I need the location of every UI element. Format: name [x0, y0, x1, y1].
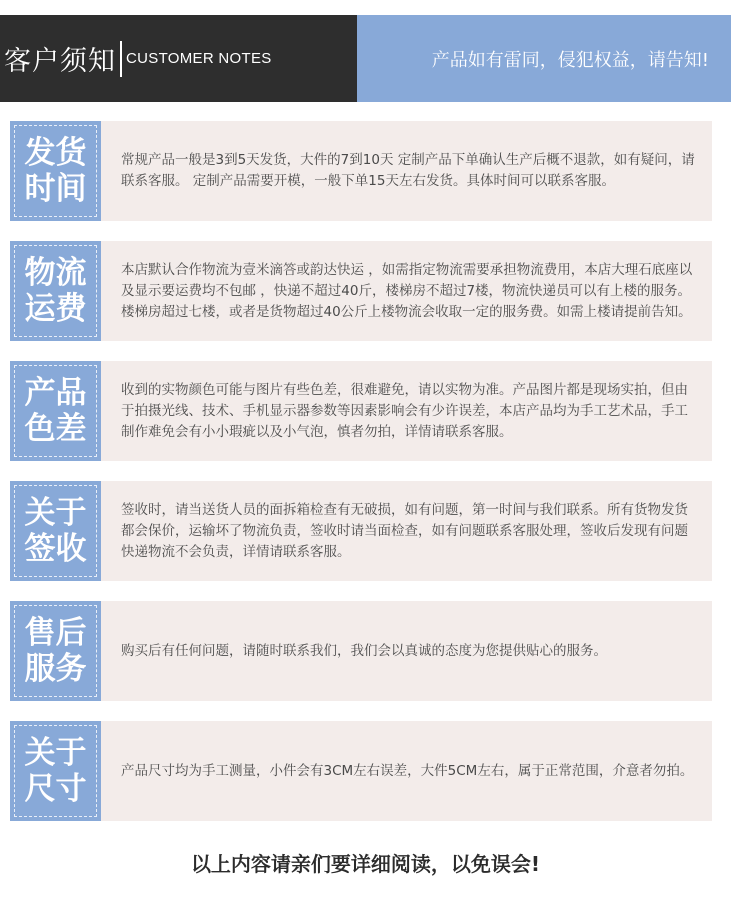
- header-title-block: 客户须知 CUSTOMER NOTES: [0, 15, 357, 102]
- header-notice-block: 产品如有雷同，侵犯权益，请告知!: [357, 15, 731, 102]
- section-color-difference: 产品色差 收到的实物颜色可能与图片有些色差，很难避免，请以实物为准。产品图片都是…: [10, 361, 712, 461]
- section-label-box: 关于尺寸: [10, 721, 101, 821]
- section-logistics-fee: 物流运费 本店默认合作物流为壹米滴答或韵达快运 ，如需指定物流需要承担物流费用，…: [10, 241, 712, 341]
- section-label: 物流运费: [24, 255, 88, 327]
- section-text: 产品尺寸均为手工测量，小件会有3CM左右误差，大件5CM左右，属于正常范围，介意…: [121, 761, 693, 782]
- section-label-box: 物流运费: [10, 241, 101, 341]
- page-header: 客户须知 CUSTOMER NOTES 产品如有雷同，侵犯权益，请告知!: [0, 15, 731, 102]
- section-receipt: 关于签收 签收时，请当送货人员的面拆箱检查有无破损，如有问题，第一时间与我们联系…: [10, 481, 712, 581]
- section-content: 本店默认合作物流为壹米滴答或韵达快运 ，如需指定物流需要承担物流费用，本店大理石…: [101, 241, 712, 341]
- section-text: 收到的实物颜色可能与图片有些色差，很难避免，请以实物为准。产品图片都是现场实拍，…: [121, 380, 698, 443]
- section-label-box: 售后服务: [10, 601, 101, 701]
- section-label: 关于尺寸: [24, 735, 88, 807]
- section-text: 购买后有任何问题，请随时联系我们，我们会以真诚的态度为您提供贴心的服务。: [121, 641, 607, 662]
- section-label: 产品色差: [24, 375, 88, 447]
- section-content: 购买后有任何问题，请随时联系我们，我们会以真诚的态度为您提供贴心的服务。: [101, 601, 712, 701]
- section-label: 售后服务: [24, 615, 88, 687]
- section-content: 收到的实物颜色可能与图片有些色差，很难避免，请以实物为准。产品图片都是现场实拍，…: [101, 361, 712, 461]
- copyright-notice: 产品如有雷同，侵犯权益，请告知!: [432, 46, 709, 72]
- section-content: 签收时，请当送货人员的面拆箱检查有无破损，如有问题，第一时间与我们联系。所有货物…: [101, 481, 712, 581]
- section-label: 发货时间: [24, 135, 88, 207]
- section-text: 常规产品一般是3到5天发货，大件的7到10天 定制产品下单确认生产后概不退款，如…: [121, 150, 698, 192]
- footer-reminder: 以上内容请亲们要详细阅读，以免误会!: [0, 848, 731, 877]
- section-text: 本店默认合作物流为壹米滴答或韵达快运 ，如需指定物流需要承担物流费用，本店大理石…: [121, 260, 698, 323]
- section-label-box: 关于签收: [10, 481, 101, 581]
- section-after-sales: 售后服务 购买后有任何问题，请随时联系我们，我们会以真诚的态度为您提供贴心的服务…: [10, 601, 712, 701]
- section-label: 关于签收: [24, 495, 88, 567]
- section-shipping-time: 发货时间 常规产品一般是3到5天发货，大件的7到10天 定制产品下单确认生产后概…: [10, 121, 712, 221]
- page-subtitle: CUSTOMER NOTES: [126, 50, 272, 67]
- section-text: 签收时，请当送货人员的面拆箱检查有无破损，如有问题，第一时间与我们联系。所有货物…: [121, 500, 698, 563]
- section-label-box: 产品色差: [10, 361, 101, 461]
- title-divider: [120, 41, 122, 77]
- section-size: 关于尺寸 产品尺寸均为手工测量，小件会有3CM左右误差，大件5CM左右，属于正常…: [10, 721, 712, 821]
- page-title: 客户须知: [0, 39, 116, 78]
- section-content: 常规产品一般是3到5天发货，大件的7到10天 定制产品下单确认生产后概不退款，如…: [101, 121, 712, 221]
- section-label-box: 发货时间: [10, 121, 101, 221]
- section-content: 产品尺寸均为手工测量，小件会有3CM左右误差，大件5CM左右，属于正常范围，介意…: [101, 721, 712, 821]
